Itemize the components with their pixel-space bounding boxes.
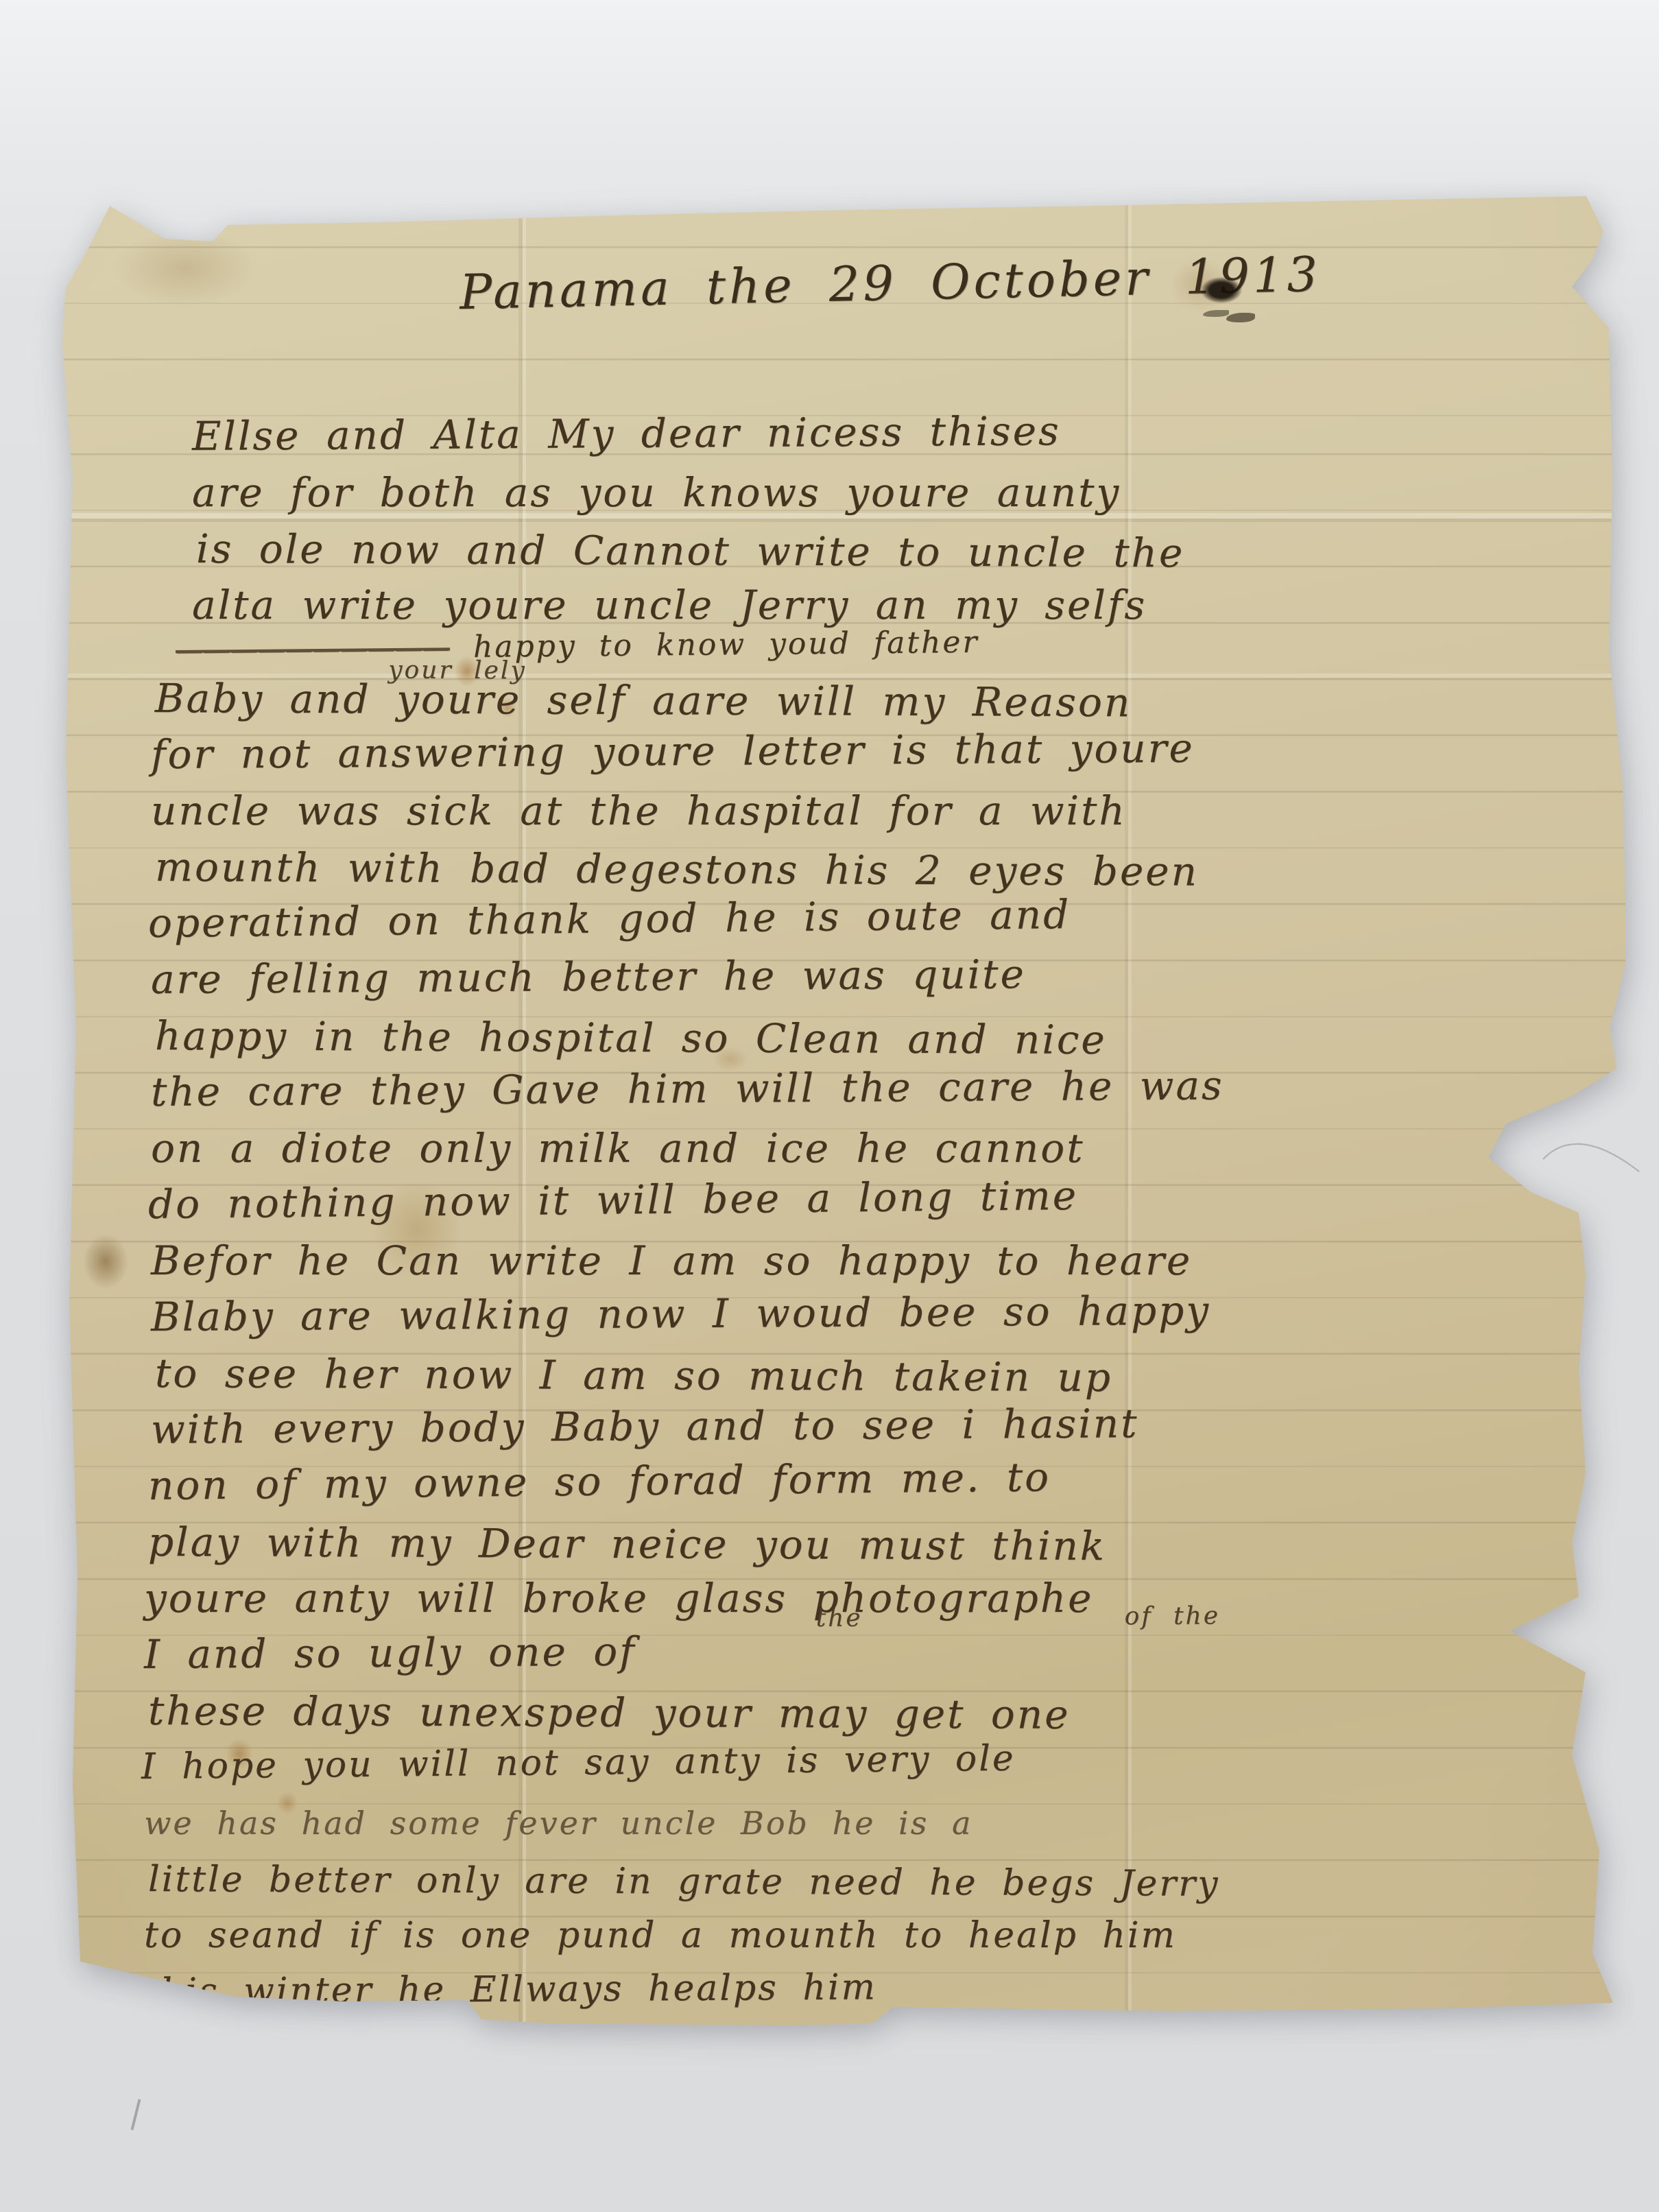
ink-blot [1195,273,1248,307]
letter-line-text: on a diote only milk and ice he cannot [151,1125,1085,1172]
letter-line: Ellse and Alta My dear nicess thises [192,402,1564,466]
letter-line-text: mounth with bad degestons his 2 eyes bee… [155,844,1199,895]
letter-line-text: these days unexsped your may get one [148,1687,1071,1738]
letter-line-text: happy in the hospital so Clean and nice [155,1012,1107,1063]
dust-speck [130,2099,141,2130]
letter-line: Befor he Can write I am so happy to hear… [151,1235,1564,1291]
letter-line-text: Ellse and Alta My dear nicess thises [192,407,1061,460]
letter-line: are for both as you knows youre aunty [192,466,1564,523]
interline-insertion: the [816,1606,863,1631]
letter-line: little better only are in grate need he … [148,1853,1568,1916]
letter-date-line: Panama the 29 October 1913 [459,246,1321,320]
letter-line: play with my Dear neice you must think [148,1516,1568,1578]
inserted-text: happy to know youd father [450,625,979,665]
stain [75,1224,136,1298]
letter-line: is ole now and Cannot write to uncle the [196,523,1568,585]
letter-line: theof theI and so ugly one of [144,1619,1564,1685]
letter-line-text: Befor he Can write I am so happy to hear… [151,1237,1192,1284]
letter-line-text: this winter he Ellways healps him [144,1966,877,2012]
letter-line: this winter he Ellways healps him [144,1957,1564,2022]
letter-paper: Panama the 29 October 1913 Ellse and Alt… [48,192,1625,2030]
letter-line: the care they Gave him will the care he … [151,1057,1564,1122]
letter-line-text: the care they Gave him will the care he … [151,1062,1224,1115]
letter-line-text: is ole now and Cannot write to uncle the [196,525,1185,576]
letter-line-text: are felling much better he was quite [151,951,1026,1003]
letter-body: Ellse and Alta My dear nicess thises are… [151,410,1564,2022]
letter-line: to seand if is one pund a mounth to heal… [144,1910,1564,1966]
letter-line: we has had some fever uncle Bob he is a [144,1797,1564,1853]
letter-line-text: Blaby are walking now I woud bee so happ… [151,1287,1210,1340]
letter-line-text: youre anty will broke glass photographe [144,1575,1093,1621]
stain [89,217,281,320]
letter-line-text: uncle was sick at the haspital for a wit… [151,787,1127,834]
letter-line-text: I hope you will not say anty is very ole [141,1738,1016,1787]
letter-line-text: are for both as you knows youre aunty [192,469,1121,516]
letter-line-text: alta write youre uncle Jerry an my selfs [192,582,1147,628]
letter-line-text: with every body Baby and to see i hasint [151,1400,1139,1453]
letter-line: Blaby are walking now I woud bee so happ… [151,1282,1564,1347]
interline-insertion: of the [1125,1604,1221,1629]
letter-line-text: for not answering youre letter is that y… [151,725,1195,778]
letter-line-text: do nothing now it will bee a long time [148,1172,1079,1228]
letter-line-text: play with my Dear neice you must think [148,1519,1106,1569]
letter-line-text: to see her now I am so much takein up [155,1350,1112,1401]
letter-line-text: to seand if is one pund a mounth to heal… [144,1915,1177,1956]
letter-heading: Panama the 29 October 1913 [459,246,1321,320]
letter-line-text: non of my owne so forad form me. to [148,1453,1051,1509]
interline-insertion: your lely [388,658,527,684]
letter-line: uncle was sick at the haspital for a wit… [151,785,1564,841]
letter-line: are felling much better he was quite [151,944,1564,1010]
letter-line: for not answering youre letter is that y… [151,720,1564,785]
letter-line-text: Baby and youre self aare will my Reason [155,675,1132,726]
letter-line-text: we has had some fever uncle Bob he is a [144,1805,972,1842]
letter-paper-wrapper: Panama the 29 October 1913 Ellse and Alt… [48,192,1625,2030]
letter-line-text: little better only are in grate need he … [148,1859,1220,1905]
letter-line-text: I and so ugly one of [144,1628,636,1678]
photo-of-letter: { "scene": { "type": "photograph of a ha… [0,0,1659,2212]
letter-line-text: operatind on thank god he is oute and [148,891,1071,947]
